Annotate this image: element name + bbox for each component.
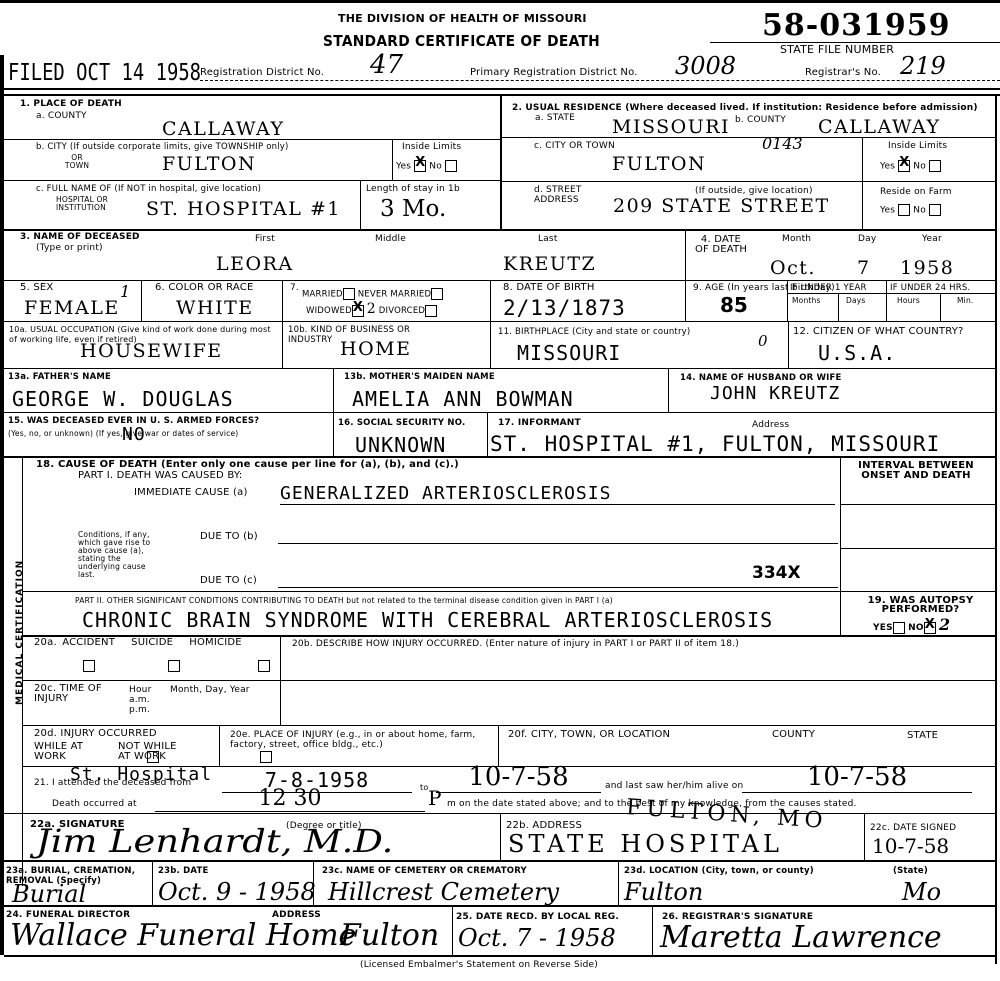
suicide-checkbox[interactable] xyxy=(168,660,180,672)
marital-code: 2 xyxy=(367,301,376,317)
ssn-value: UNKNOWN xyxy=(355,433,446,457)
rule xyxy=(862,137,863,181)
rule xyxy=(22,725,995,726)
informant-label: 17. INFORMANT xyxy=(498,418,581,428)
rule xyxy=(840,548,995,549)
cause-code: 334X xyxy=(752,563,801,583)
rule xyxy=(22,680,995,681)
cemetery-value: Hillcrest Cemetery xyxy=(328,878,559,906)
rule xyxy=(282,321,283,368)
last-saw-label: and last saw her/him alive on xyxy=(605,781,743,791)
registrars-no-value: 219 xyxy=(900,52,946,80)
race-value: WHITE xyxy=(176,297,254,319)
business-value: HOME xyxy=(340,338,411,360)
pod-county-value: CALLAWAY xyxy=(162,118,285,140)
last-saw-value: 10-7-58 xyxy=(742,762,972,793)
part2-value: CHRONIC BRAIN SYNDROME WITH CEREBRAL ART… xyxy=(82,608,773,632)
rule xyxy=(787,293,995,294)
marital-label: 7. xyxy=(290,283,299,293)
city-location-label: 20f. CITY, TOWN, OR LOCATION xyxy=(508,730,670,740)
date-signed-value: 10-7-58 xyxy=(872,834,949,858)
primary-district-value: 3008 xyxy=(675,52,736,80)
rule xyxy=(840,591,841,636)
autopsy-yes-label: YES xyxy=(873,623,893,633)
rule xyxy=(313,860,314,905)
state-file-number-label: STATE FILE NUMBER xyxy=(780,45,894,55)
yes-label: Yes xyxy=(880,162,895,172)
rule xyxy=(282,280,283,322)
pod-inside-limits-yes-checkbox[interactable] xyxy=(414,160,426,172)
married-label: MARRIED xyxy=(302,290,343,300)
mdy-label: Month, Day, Year xyxy=(170,685,250,695)
accident-label: 20a. ACCIDENT xyxy=(34,637,115,648)
rule xyxy=(838,293,839,322)
pod-inside-limits-options: Yes No xyxy=(396,160,457,172)
location-label: 23d. LOCATION (City, town, or county) xyxy=(624,866,814,876)
due-to-b-value xyxy=(278,528,838,544)
division-title: THE DIVISION OF HEALTH OF MISSOURI xyxy=(338,14,587,24)
res-city-code: 0143 xyxy=(762,134,803,153)
date-signed-label: 22c. DATE SIGNED xyxy=(870,823,956,833)
res-street-label: d. STREET ADDRESS xyxy=(534,185,614,205)
rule xyxy=(864,813,865,860)
registrar-signature-value: Maretta Lawrence xyxy=(660,920,942,955)
autopsy-options: YES NO 2 xyxy=(873,620,950,634)
not-while-at-work-checkbox[interactable] xyxy=(260,751,272,763)
married-option: MARRIED NEVER MARRIED xyxy=(302,288,443,300)
res-inside-limits-no-checkbox[interactable] xyxy=(929,160,941,172)
age-value: 85 xyxy=(720,293,748,317)
res-street-value: 209 STATE STREET xyxy=(613,195,830,217)
res-county-label: b. COUNTY xyxy=(735,115,786,125)
res-inside-limits-label: Inside Limits xyxy=(888,141,947,151)
date-recd-label: 25. DATE RECD. BY LOCAL REG. xyxy=(456,912,619,922)
months-label: Months xyxy=(792,297,821,305)
father-value: GEORGE W. DOUGLAS xyxy=(12,387,234,411)
rule xyxy=(788,321,789,368)
armed-forces-value: NO xyxy=(122,424,146,445)
registration-district-label: Registration District No. xyxy=(200,68,324,78)
no-label: No xyxy=(429,162,442,172)
informant-address-label: Address xyxy=(752,420,789,430)
occupation-value: HOUSEWIFE xyxy=(80,340,223,362)
rule xyxy=(333,368,334,412)
spouse-value: JOHN KREUTZ xyxy=(710,383,840,404)
rule xyxy=(862,181,863,230)
pod-city-value: FULTON xyxy=(162,153,256,175)
min-label: Min. xyxy=(957,297,974,305)
rule xyxy=(490,280,491,322)
rule xyxy=(498,725,499,767)
mother-value: AMELIA ANN BOWMAN xyxy=(352,387,574,411)
top-border xyxy=(0,0,1000,3)
burial-value: Burial xyxy=(12,880,86,908)
rule xyxy=(787,280,788,322)
pod-city-label: b. CITY (If outside corporate limits, gi… xyxy=(36,142,289,152)
death-occurred-label: Death occurred at xyxy=(52,799,137,809)
place-of-death-label: 1. PLACE OF DEATH xyxy=(20,99,122,109)
rule xyxy=(141,280,142,322)
autopsy-yes-checkbox[interactable] xyxy=(893,622,905,634)
informant-value: ST. HOSPITAL #1, FULTON, MISSOURI xyxy=(490,432,940,456)
rule xyxy=(4,229,995,231)
rule xyxy=(4,280,995,281)
death-day-value: 7 xyxy=(857,257,871,279)
date-of-death-label: 4. DATE OF DEATH xyxy=(693,235,749,255)
widowed-checkbox[interactable] xyxy=(352,305,364,317)
citizen-value: U.S.A. xyxy=(818,341,896,365)
res-county-value: CALLAWAY xyxy=(818,116,941,138)
mother-label: 13b. MOTHER'S MAIDEN NAME xyxy=(344,372,495,382)
ssn-label: 16. SOCIAL SECURITY NO. xyxy=(338,418,465,428)
name-sublabel: (Type or print) xyxy=(36,243,103,253)
no-label: No xyxy=(913,206,926,216)
interval-label: INTERVAL BETWEEN ONSET AND DEATH xyxy=(846,461,986,481)
funeral-director-address-value: Fulton xyxy=(340,918,439,953)
rule xyxy=(452,905,453,955)
physician-address-value: STATE HOSPITAL xyxy=(508,830,783,858)
yes-label: Yes xyxy=(396,162,411,172)
month-label: Month xyxy=(782,234,811,244)
injury-occurred-label: 20d. INJURY OCCURRED xyxy=(34,729,157,739)
widowed-option: WIDOWED 2 DIVORCED xyxy=(306,304,437,317)
place-of-injury-label: 20e. PLACE OF INJURY (e.g., in or about … xyxy=(230,730,500,750)
rule xyxy=(4,139,500,140)
rule xyxy=(4,321,995,322)
middle-label: Middle xyxy=(375,234,406,244)
certificate-title: STANDARD CERTIFICATE OF DEATH xyxy=(323,32,600,50)
sex-label: 5. SEX xyxy=(20,283,53,293)
funeral-director-value: Wallace Funeral Home xyxy=(10,918,356,953)
attended-to-value: 10-7-58 xyxy=(436,762,601,793)
divider-1-2 xyxy=(500,94,502,230)
reside-on-farm-options: Yes No xyxy=(880,204,941,216)
rule xyxy=(152,860,153,905)
homicide-label: HOMICIDE xyxy=(189,637,242,648)
death-time-value: 12 30 xyxy=(155,786,425,812)
death-year-value: 1958 xyxy=(900,257,954,279)
res-state-label: a. STATE xyxy=(535,113,575,123)
sex-code: 1 xyxy=(120,282,130,301)
res-state-value: MISSOURI xyxy=(612,116,730,138)
never-married-checkbox[interactable] xyxy=(431,288,443,300)
medical-certification-label: MEDICAL CERTIFICATION xyxy=(15,585,25,705)
rule xyxy=(487,412,488,457)
conditions-note: Conditions, if any, which gave rise to a… xyxy=(78,531,158,579)
rule xyxy=(652,905,653,955)
attended-prefix: St. Hospital xyxy=(70,764,212,785)
injury-type-labels: 20a. ACCIDENT SUICIDE HOMICIDE xyxy=(34,638,242,648)
cause-label: 18. CAUSE OF DEATH (Enter only one cause… xyxy=(36,460,459,470)
day-label: Day xyxy=(858,234,876,244)
location-value: Fulton xyxy=(624,878,703,906)
length-of-stay-value: 3 Mo. xyxy=(380,196,446,222)
state-label: (State) xyxy=(893,866,928,876)
birthplace-code: 0 xyxy=(758,332,768,350)
rule xyxy=(500,181,995,182)
reside-on-farm-no-checkbox[interactable] xyxy=(929,204,941,216)
burial-date-value: Oct. 9 - 1958 xyxy=(158,878,316,906)
hour-label: Hour a.m. p.m. xyxy=(129,685,159,715)
rule xyxy=(4,905,995,907)
reside-on-farm-yes-checkbox[interactable] xyxy=(898,204,910,216)
autopsy-code: 2 xyxy=(939,615,950,634)
describe-injury-label: 20b. DESCRIBE HOW INJURY OCCURRED. (Ente… xyxy=(292,639,739,649)
pod-county-label: a. COUNTY xyxy=(36,111,87,121)
left-border xyxy=(0,55,4,955)
autopsy-no-label: NO xyxy=(908,623,924,633)
physician-signature: Jim Lenhardt, M.D. xyxy=(36,822,393,860)
rule xyxy=(4,412,995,413)
rule xyxy=(333,412,334,457)
burial-date-label: 23b. DATE xyxy=(158,866,208,876)
time-of-injury-label: 20c. TIME OF INJURY xyxy=(34,684,114,704)
pod-city-sublabel: OR TOWN xyxy=(60,154,94,170)
registrars-no-label: Registrar's No. xyxy=(805,68,881,78)
embalmer-footnote: (Licensed Embalmer's Statement on Revers… xyxy=(360,960,598,970)
rule xyxy=(500,137,995,138)
rule xyxy=(886,280,887,322)
cemetery-label: 23c. NAME OF CEMETERY OR CREMATORY xyxy=(322,866,527,876)
race-label: 6. COLOR OR RACE xyxy=(155,283,254,293)
spouse-label: 14. NAME OF HUSBAND OR WIFE xyxy=(680,373,842,383)
res-inside-limits-yes-checkbox[interactable] xyxy=(898,160,910,172)
due-to-c-label: DUE TO (c) xyxy=(200,576,257,586)
rule xyxy=(500,813,501,860)
year-label: Year xyxy=(922,234,942,244)
reside-on-farm-label: Reside on Farm xyxy=(880,187,952,197)
dob-label: 8. DATE OF BIRTH xyxy=(503,283,595,293)
part1-label: PART I. DEATH WAS CAUSED BY: xyxy=(78,471,242,481)
immediate-cause-value: GENERALIZED ARTERIOSCLEROSIS xyxy=(280,483,835,505)
name-label: 3. NAME OF DECEASED xyxy=(20,232,140,242)
header-rule xyxy=(0,88,1000,90)
while-at-work-label: WHILE AT WORK xyxy=(34,742,94,762)
rule xyxy=(4,955,995,957)
rule xyxy=(685,229,686,281)
header-rule-2 xyxy=(4,94,1000,96)
divorced-checkbox[interactable] xyxy=(425,305,437,317)
rule xyxy=(618,860,619,905)
pod-inside-limits-no-checkbox[interactable] xyxy=(445,160,457,172)
part2-label: PART II. OTHER SIGNIFICANT CONDITIONS CO… xyxy=(75,596,613,606)
not-while-at-work-label: NOT WHILE AT WORK xyxy=(118,742,188,762)
rule xyxy=(668,368,669,412)
autopsy-no-checkbox[interactable] xyxy=(924,622,936,634)
rule xyxy=(4,456,995,458)
rule xyxy=(685,280,686,322)
res-city-value: FULTON xyxy=(612,153,706,175)
widowed-label: WIDOWED xyxy=(306,306,352,316)
rule xyxy=(392,139,393,180)
rule xyxy=(840,504,995,505)
sex-value: FEMALE xyxy=(24,297,120,319)
days-label: Days xyxy=(846,297,866,305)
rule xyxy=(4,180,500,181)
accident-checkbox[interactable] xyxy=(83,660,95,672)
citizen-label: 12. CITIZEN OF WHAT COUNTRY? xyxy=(793,327,964,337)
rule xyxy=(219,725,220,767)
rule xyxy=(22,591,995,592)
under-24-label: IF UNDER 24 HRS. xyxy=(890,283,970,293)
last-name-value: KREUTZ xyxy=(503,253,596,275)
usual-residence-label: 2. USUAL RESIDENCE (Where deceased lived… xyxy=(512,103,978,113)
divorced-label: DIVORCED xyxy=(379,306,425,316)
no-label: No xyxy=(913,162,926,172)
first-name-value: LEORA xyxy=(216,253,294,275)
married-checkbox[interactable] xyxy=(343,288,355,300)
autopsy-label: 19. WAS AUTOPSY PERFORMED? xyxy=(858,596,983,614)
never-married-label: NEVER MARRIED xyxy=(358,290,432,300)
injury-state-label: STATE xyxy=(907,731,938,741)
pod-hospital-value: ST. HOSPITAL #1 xyxy=(146,198,341,220)
date-recd-value: Oct. 7 - 1958 xyxy=(458,924,616,952)
state-file-number: 58-031959 xyxy=(762,8,950,43)
death-month-value: Oct. xyxy=(770,257,816,279)
last-label: Last xyxy=(538,234,558,244)
pod-hospital-sublabel: HOSPITAL OR INSTITUTION xyxy=(56,196,136,212)
rule xyxy=(940,293,941,322)
due-to-b-label: DUE TO (b) xyxy=(200,532,258,542)
primary-district-label: Primary Registration District No. xyxy=(470,68,638,78)
header-underline xyxy=(200,80,1000,81)
rule xyxy=(4,368,995,369)
filed-stamp: FILED OCT 14 1958 xyxy=(8,60,201,86)
res-inside-limits-options: Yes No xyxy=(880,160,941,172)
pod-inside-limits-label: Inside Limits xyxy=(402,142,461,152)
father-label: 13a. FATHER'S NAME xyxy=(8,372,111,382)
hours-label: Hours xyxy=(897,297,920,305)
immediate-cause-label: IMMEDIATE CAUSE (a) xyxy=(134,488,248,498)
birthplace-label: 11. BIRTHPLACE (City and state or countr… xyxy=(498,327,690,337)
res-city-label: c. CITY OR TOWN xyxy=(534,141,615,151)
first-label: First xyxy=(255,234,275,244)
pod-hospital-label: c. FULL NAME OF (If NOT in hospital, giv… xyxy=(36,184,261,194)
rule xyxy=(490,321,491,368)
birthplace-value: MISSOURI xyxy=(517,341,621,365)
registration-district-value: 47 xyxy=(370,50,403,80)
rule xyxy=(360,180,361,230)
right-border xyxy=(995,94,997,964)
state-value: Mo xyxy=(902,878,941,906)
suicide-label: SUICIDE xyxy=(131,637,173,648)
death-ampm-value: P xyxy=(428,786,441,810)
yes-label: Yes xyxy=(880,206,895,216)
injury-county-label: COUNTY xyxy=(772,730,815,740)
homicide-checkbox[interactable] xyxy=(258,660,270,672)
rule xyxy=(840,456,841,591)
under-1-year-label: IF UNDER 1 YEAR xyxy=(790,283,867,293)
length-of-stay-label: Length of stay in 1b xyxy=(366,184,460,194)
dob-value: 2/13/1873 xyxy=(503,296,626,320)
